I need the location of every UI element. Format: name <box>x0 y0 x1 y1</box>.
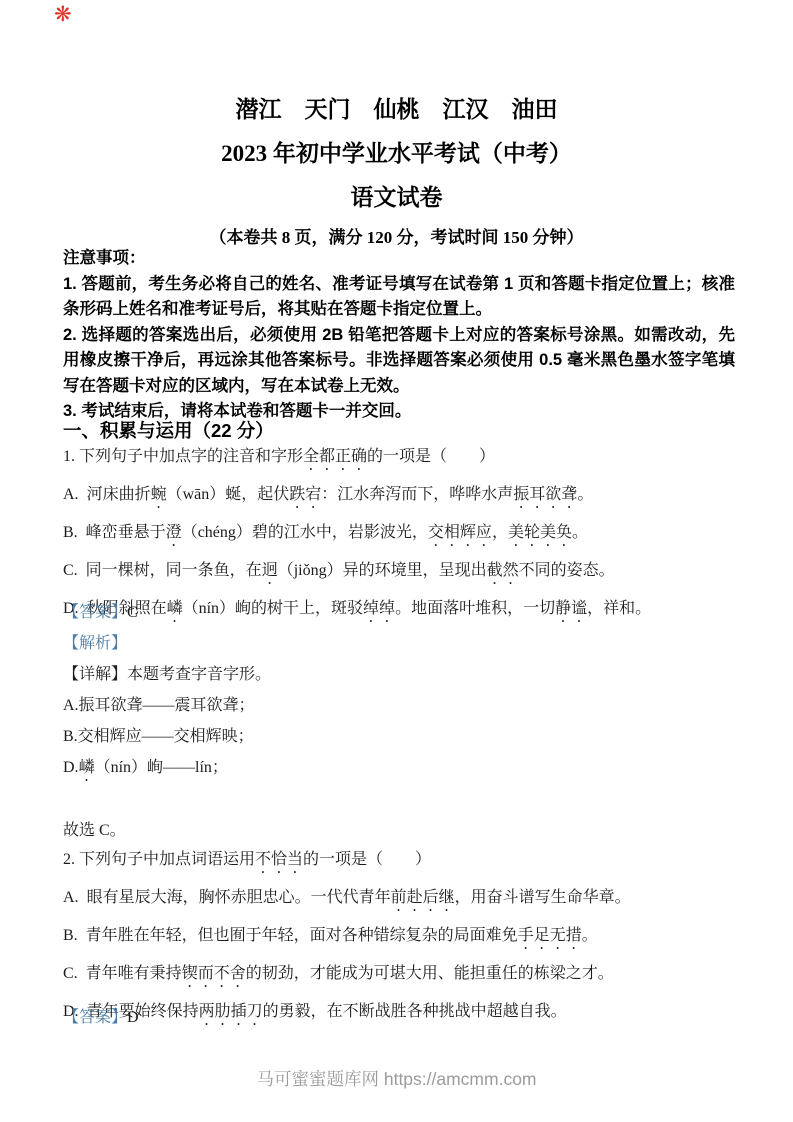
paper-subject-title: 语文试卷 <box>0 183 793 213</box>
q1-answer-line: 【答案】C <box>63 602 763 623</box>
q2-stem: 2. 下列句子中加点词语运用不恰当的一项是（ ） <box>63 849 763 877</box>
footer-link[interactable]: https://amcmm.com <box>384 1069 537 1089</box>
q1-option-b-text: 峰峦垂悬于澄（chéng）碧的江水中，岩影波光，交相辉应，美轮美奂。 <box>86 524 588 541</box>
q1-detail-line-4: D.嶙（nín）峋——lín； <box>63 757 763 785</box>
notice-item-2: 2. 选择题的答案选出后，必须使用 2B 铅笔把答题卡上对应的答案标号涂黑。如需… <box>63 323 735 400</box>
q1-option-a-label: A. <box>63 486 79 503</box>
q1-option-a-text: 河床曲折蜿（wān）蜒，起伏跌宕：江水奔泻而下，哗哗水声振耳欲聋。 <box>87 486 594 503</box>
q2-option-c: C.青年唯有秉持锲而不舍的韧劲，才能成为可堪大用、能担重任的栋梁之才。 <box>63 963 763 991</box>
notice-heading: 注意事项： <box>63 246 735 272</box>
exam-regions-title: 潜江 天门 仙桃 江汉 油田 <box>0 95 793 125</box>
q2-option-a: A.眼有星辰大海，胸怀赤胆忠心。一代代青年前赴后继，用奋斗谱写生命华章。 <box>63 887 763 915</box>
q1-conclusion: 故选 C。 <box>63 820 763 851</box>
q1-detail-line-3: B.交相辉应——交相辉映； <box>63 726 763 747</box>
q1-option-b-label: B. <box>63 524 78 541</box>
q2-answer-value: D <box>127 1009 139 1026</box>
q2-option-c-text: 青年唯有秉持锲而不舍的韧劲，才能成为可堪大用、能担重任的栋梁之才。 <box>86 965 614 982</box>
q2-option-a-text: 眼有星辰大海，胸怀赤胆忠心。一代代青年前赴后继，用奋斗谱写生命华章。 <box>87 889 631 906</box>
q1-option-b: B.峰峦垂悬于澄（chéng）碧的江水中，岩影波光，交相辉应，美轮美奂。 <box>63 522 763 550</box>
q2-option-b: B.青年胜在年轻，但也囿于年轻，面对各种错综复杂的局面难免手足无措。 <box>63 925 763 953</box>
flower-stamp-icon: ❋ <box>54 4 72 25</box>
notice-item-1: 1. 答题前，考生务必将自己的姓名、准考证号填写在试卷第 1 页和答题卡指定位置… <box>63 272 735 323</box>
q2-option-b-text: 青年胜在年轻，但也囿于年轻，面对各种错综复杂的局面难免手足无措。 <box>86 927 598 944</box>
notice-section: 注意事项： 1. 答题前，考生务必将自己的姓名、准考证号填写在试卷第 1 页和答… <box>63 246 735 425</box>
q1-answer-label: 【答案】 <box>63 604 127 621</box>
footer-site-name: 马可蜜蜜题库网 <box>256 1069 379 1089</box>
q1-answer-value: C <box>127 604 138 621</box>
q1-conclusion-text: 故选 C。 <box>63 820 763 841</box>
q2-answer-label: 【答案】 <box>63 1009 127 1026</box>
q1-detail-line-1: 【详解】本题考查字音字形。 <box>63 664 763 685</box>
q2-option-c-label: C. <box>63 965 78 982</box>
q2-answer-line: 【答案】D <box>63 1007 763 1028</box>
q1-option-c-label: C. <box>63 562 78 579</box>
q1-detail-line-2: A.振耳欲聋——震耳欲聋； <box>63 695 763 716</box>
exam-paper-page: { "colors":{ "accent_blue":"#4a7ca6", "l… <box>0 0 793 1122</box>
section-1-heading: 一、积累与运用（22 分） <box>63 417 274 443</box>
q2-answer-analysis: 【答案】D <box>63 1007 763 1038</box>
exam-name-title: 2023 年初中学业水平考试（中考） <box>0 139 793 169</box>
q1-stem: 1. 下列句子中加点字的注音和字形全都正确的一项是（ ） <box>63 446 763 474</box>
q2-option-a-label: A. <box>63 889 79 906</box>
page-footer: 马可蜜蜜题库网 https://amcmm.com <box>0 1066 793 1091</box>
paper-header: 潜江 天门 仙桃 江汉 油田 2023 年初中学业水平考试（中考） 语文试卷 （… <box>0 95 793 249</box>
q1-option-c: C.同一棵树，同一条鱼，在迥（jiǒng）异的环境里，呈现出截然不同的姿态。 <box>63 560 763 588</box>
q1-option-a: A.河床曲折蜿（wān）蜒，起伏跌宕：江水奔泻而下，哗哗水声振耳欲聋。 <box>63 484 763 512</box>
q1-answer-analysis: 【答案】C 【解析】 【详解】本题考查字音字形。 A.振耳欲聋——震耳欲聋； B… <box>63 602 763 795</box>
q1-analysis-label: 【解析】 <box>63 633 763 654</box>
q1-option-c-text: 同一棵树，同一条鱼，在迥（jiǒng）异的环境里，呈现出截然不同的姿态。 <box>86 562 615 579</box>
q2-option-b-label: B. <box>63 927 78 944</box>
